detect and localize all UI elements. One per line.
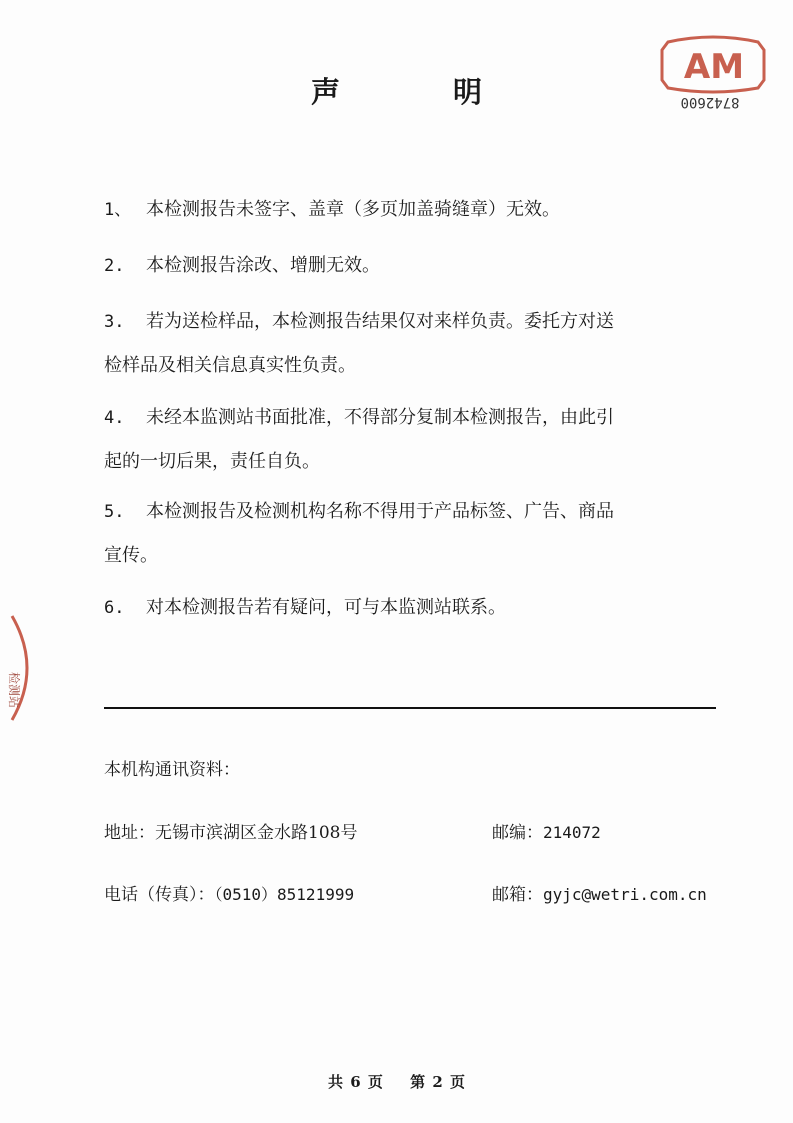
- current-page: 第 2 页: [410, 1073, 465, 1091]
- contact-heading: 本机构通讯资料：: [104, 755, 240, 780]
- statement-item-2: 2.本检测报告涂改、增删无效。: [104, 244, 716, 288]
- statement-item-5: 5.本检测报告及检测机构名称不得用于产品标签、广告、商品 宣传。: [104, 490, 716, 578]
- phone-line: 电话（传真）：（0510）85121999: [104, 880, 354, 905]
- postcode-line: 邮编：214072: [492, 818, 601, 843]
- section-divider: [104, 707, 716, 709]
- statement-item-4: 4.未经本监测站书面批准，不得部分复制本检测报告，由此引 起的一切后果，责任自负…: [104, 396, 716, 484]
- statement-item-6: 6.对本检测报告若有疑问，可与本监测站联系。: [104, 586, 716, 630]
- page-title: 声 明: [0, 70, 793, 111]
- statement-item-3: 3.若为送检样品，本检测报告结果仅对来样负责。委托方对送 检样品及相关信息真实性…: [104, 300, 716, 388]
- statement-item-1: 1、本检测报告未签字、盖章（多页加盖骑缝章）无效。: [104, 188, 716, 232]
- email-line: 邮箱：gyjc@wetri.com.cn: [492, 880, 707, 905]
- total-pages: 共 6 页: [328, 1073, 383, 1091]
- svg-text:检测站: 检测站: [7, 672, 22, 708]
- address-line: 地址：无锡市滨湖区金水路108号: [104, 818, 357, 843]
- page-footer: 共 6 页 第 2 页: [0, 1071, 793, 1092]
- seam-stamp-edge: 检测站: [4, 612, 44, 724]
